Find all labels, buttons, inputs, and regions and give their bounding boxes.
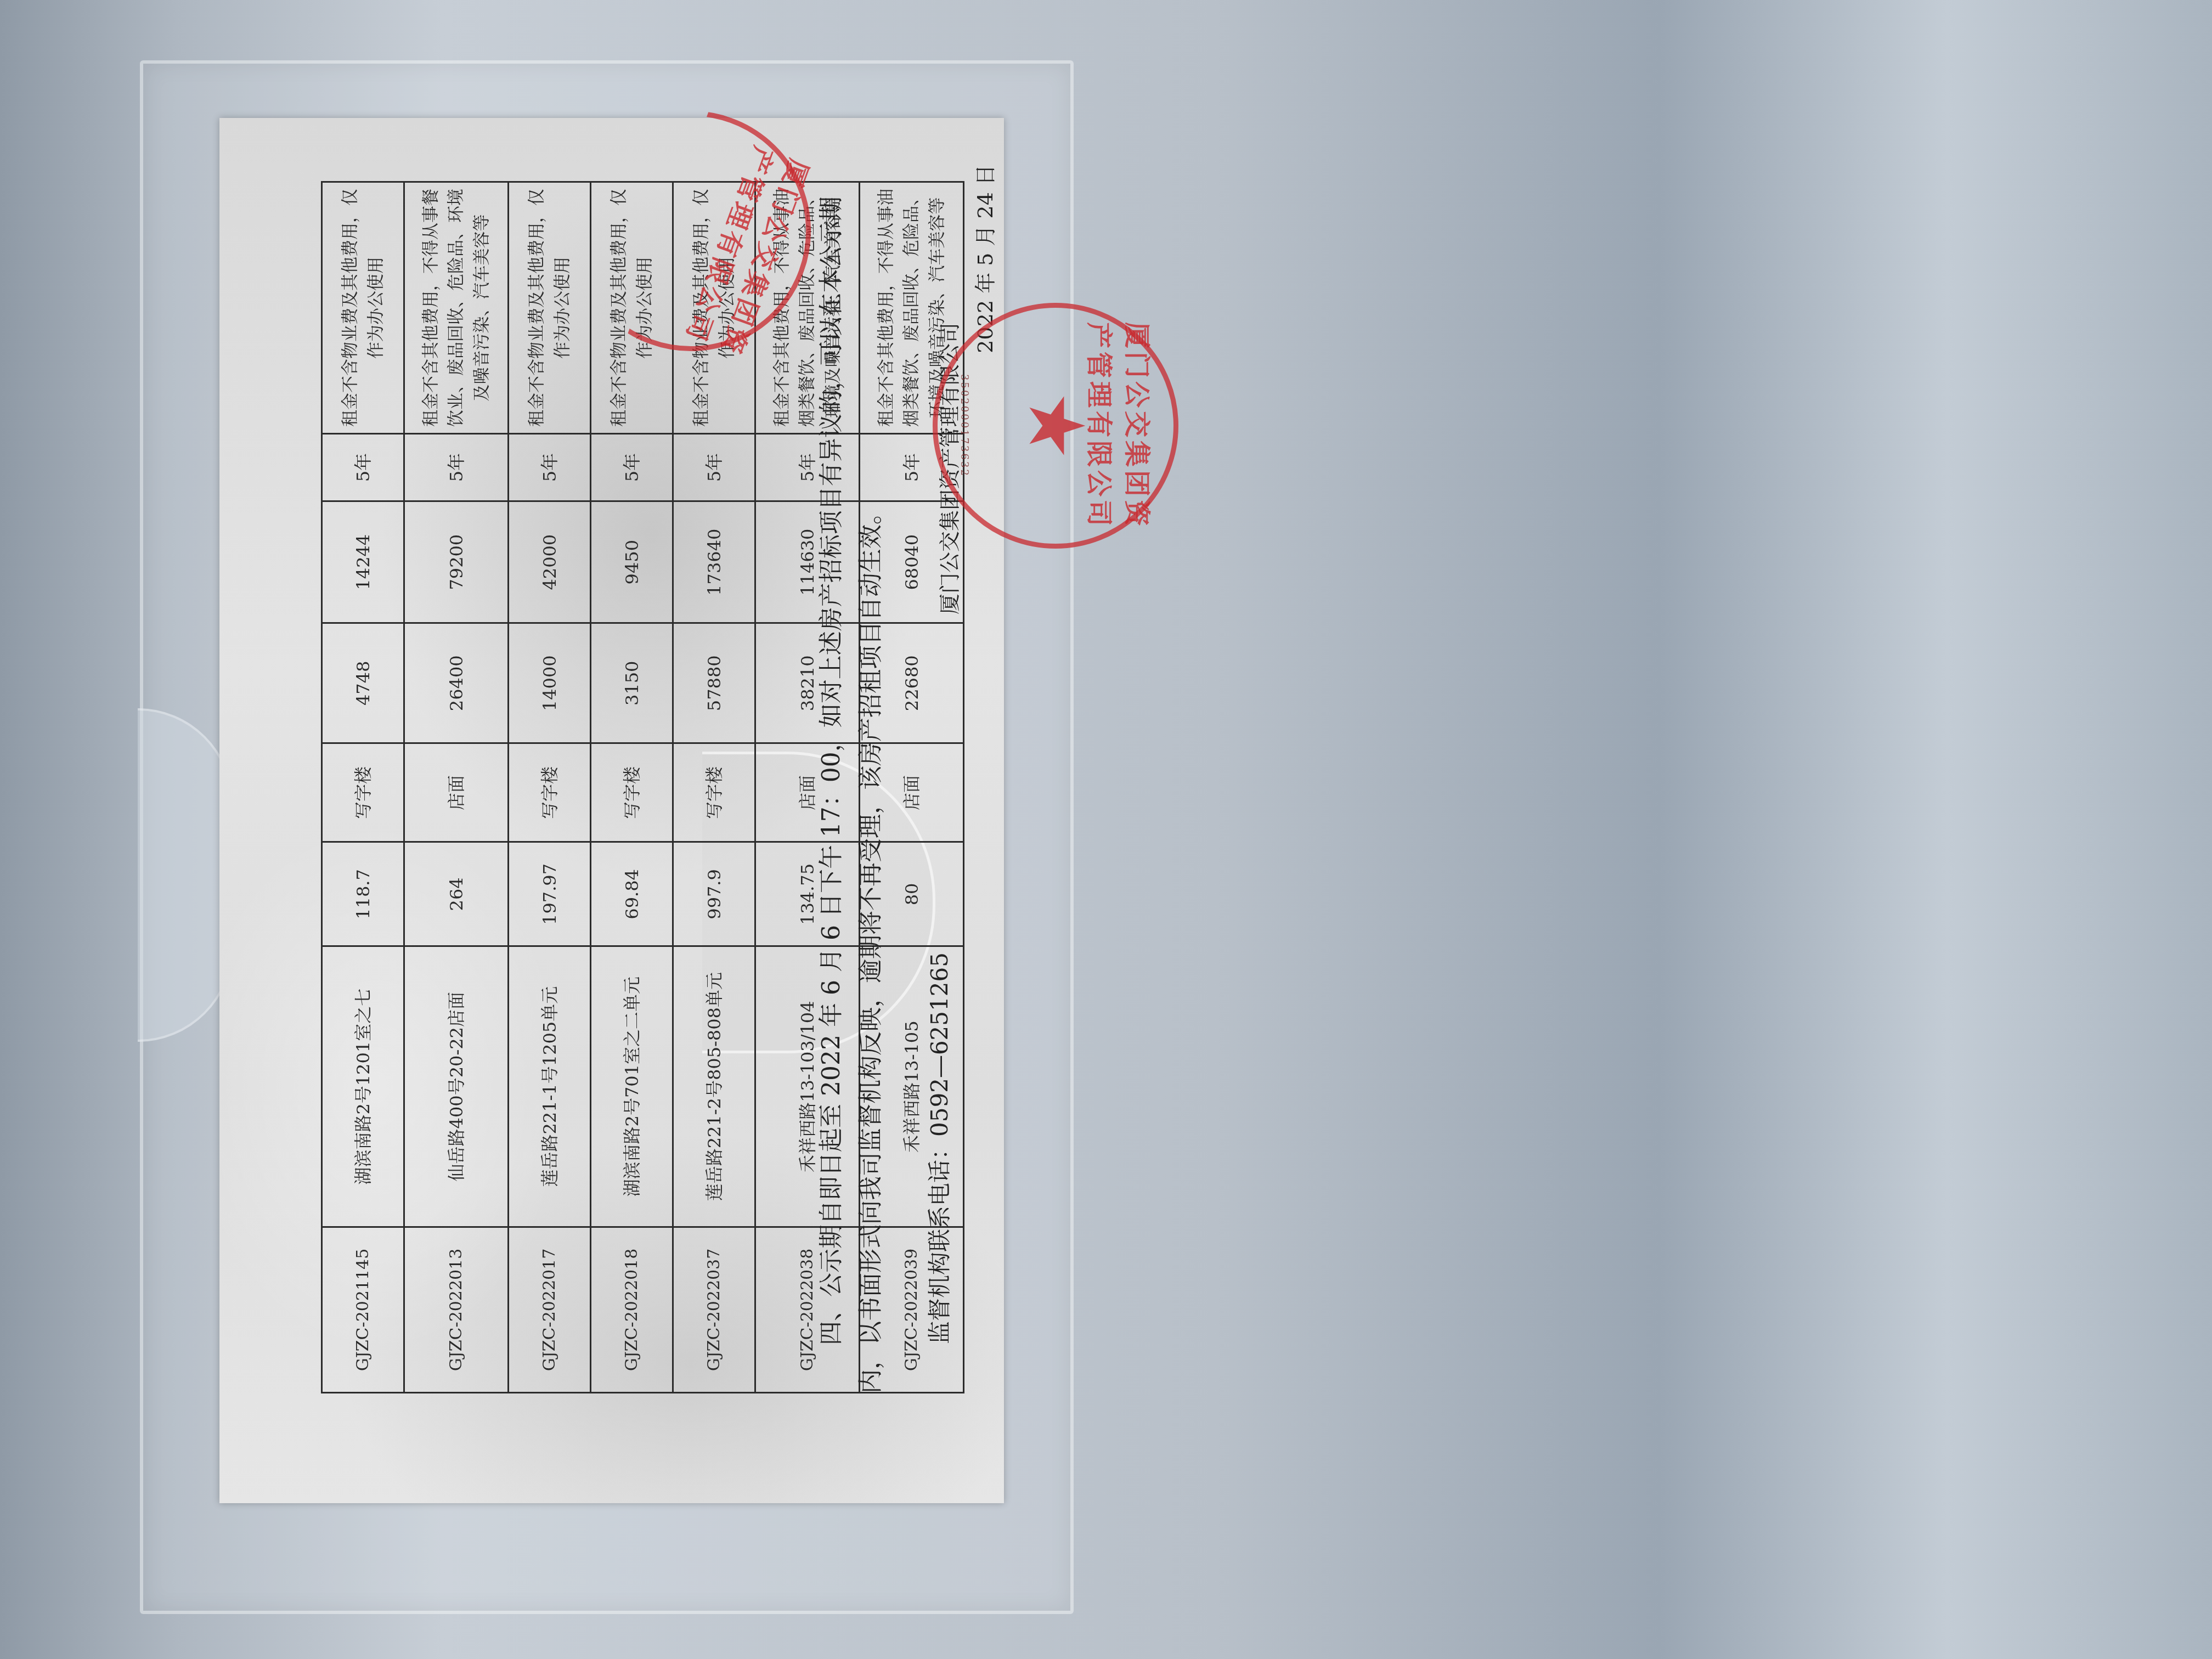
cell-address: 莲岳路221-1号1205单元 <box>509 946 591 1227</box>
cell-annual-rent: 79200 <box>404 501 509 623</box>
cell-id: GJZC-2021145 <box>322 1227 404 1393</box>
cell-annual-rent: 14244 <box>322 501 404 623</box>
sleeve-notch <box>138 708 233 1042</box>
contact-line: 监督机构联系电话：0592—6251265 <box>922 952 955 1344</box>
cell-type: 写字楼 <box>673 743 755 842</box>
cell-area: 69.84 <box>591 842 673 946</box>
cell-term: 5年 <box>322 434 404 501</box>
company-seal: 厦门公交集团资产管理有限公司 ★ 3502000173632 <box>933 303 1178 549</box>
cell-annual-rent: 173640 <box>673 501 755 623</box>
cell-address: 湖滨南路2号1201室之七 <box>322 946 404 1227</box>
cell-type: 写字楼 <box>591 743 673 842</box>
cell-term: 5年 <box>591 434 673 501</box>
cell-type: 写字楼 <box>509 743 591 842</box>
cell-remarks: 租金不含物业费及其他费用，仅作为办公使用 <box>322 182 404 434</box>
seal-serial: 3502000173632 <box>958 308 970 544</box>
cell-base-price: 57880 <box>673 623 755 743</box>
cell-area: 997.9 <box>673 842 755 946</box>
cell-annual-rent: 42000 <box>509 501 591 623</box>
cell-id: GJZC-2022037 <box>673 1227 755 1393</box>
cell-id: GJZC-2022013 <box>404 1227 509 1393</box>
cell-area: 197.97 <box>509 842 591 946</box>
star-icon: ★ <box>1017 391 1094 460</box>
cell-remarks: 租金不含其他费用，不得从事餐饮业、废品回收、危险品、环境及噪音污染、汽车美容等 <box>404 182 509 434</box>
section-4-text: 四、公示期自即日起至 2022 年 6 月 6 日下午 17：00，如对上述房产… <box>812 176 891 1393</box>
contact-phone: 0592—6251265 <box>926 952 953 1137</box>
cell-id: GJZC-2022018 <box>591 1227 673 1393</box>
cell-base-price: 26400 <box>404 623 509 743</box>
table-row: GJZC-2022017莲岳路221-1号1205单元197.97写字楼1400… <box>509 182 591 1393</box>
cell-annual-rent: 9450 <box>591 501 673 623</box>
notice-section-4: 四、公示期自即日起至 2022 年 6 月 6 日下午 17：00，如对上述房产… <box>812 176 891 1393</box>
cell-address: 莲岳路221-2号805-808单元 <box>673 946 755 1227</box>
cell-base-price: 14000 <box>509 623 591 743</box>
cell-remarks: 租金不含物业费及其他费用，仅作为办公使用 <box>509 182 591 434</box>
cell-base-price: 4748 <box>322 623 404 743</box>
cell-address: 湖滨南路2号701室之二单元 <box>591 946 673 1227</box>
cell-term: 5年 <box>673 434 755 501</box>
cell-term: 5年 <box>404 434 509 501</box>
cell-id: GJZC-2022017 <box>509 1227 591 1393</box>
cell-base-price: 3150 <box>591 623 673 743</box>
cell-type: 店面 <box>404 743 509 842</box>
table-row: GJZC-2022013仙岳路400号20-22店面264店面264007920… <box>404 182 509 1393</box>
cell-term: 5年 <box>509 434 591 501</box>
table-row: GJZC-2021145湖滨南路2号1201室之七118.7写字楼4748142… <box>322 182 404 1393</box>
contact-label: 监督机构联系电话： <box>926 1137 953 1344</box>
table-row: GJZC-2022018湖滨南路2号701室之二单元69.84写字楼315094… <box>591 182 673 1393</box>
cell-area: 118.7 <box>322 842 404 946</box>
cell-area: 264 <box>404 842 509 946</box>
cell-address: 仙岳路400号20-22店面 <box>404 946 509 1227</box>
cell-type: 写字楼 <box>322 743 404 842</box>
notice-sheet: GJZC-2021145湖滨南路2号1201室之七118.7写字楼4748142… <box>219 118 1004 1503</box>
